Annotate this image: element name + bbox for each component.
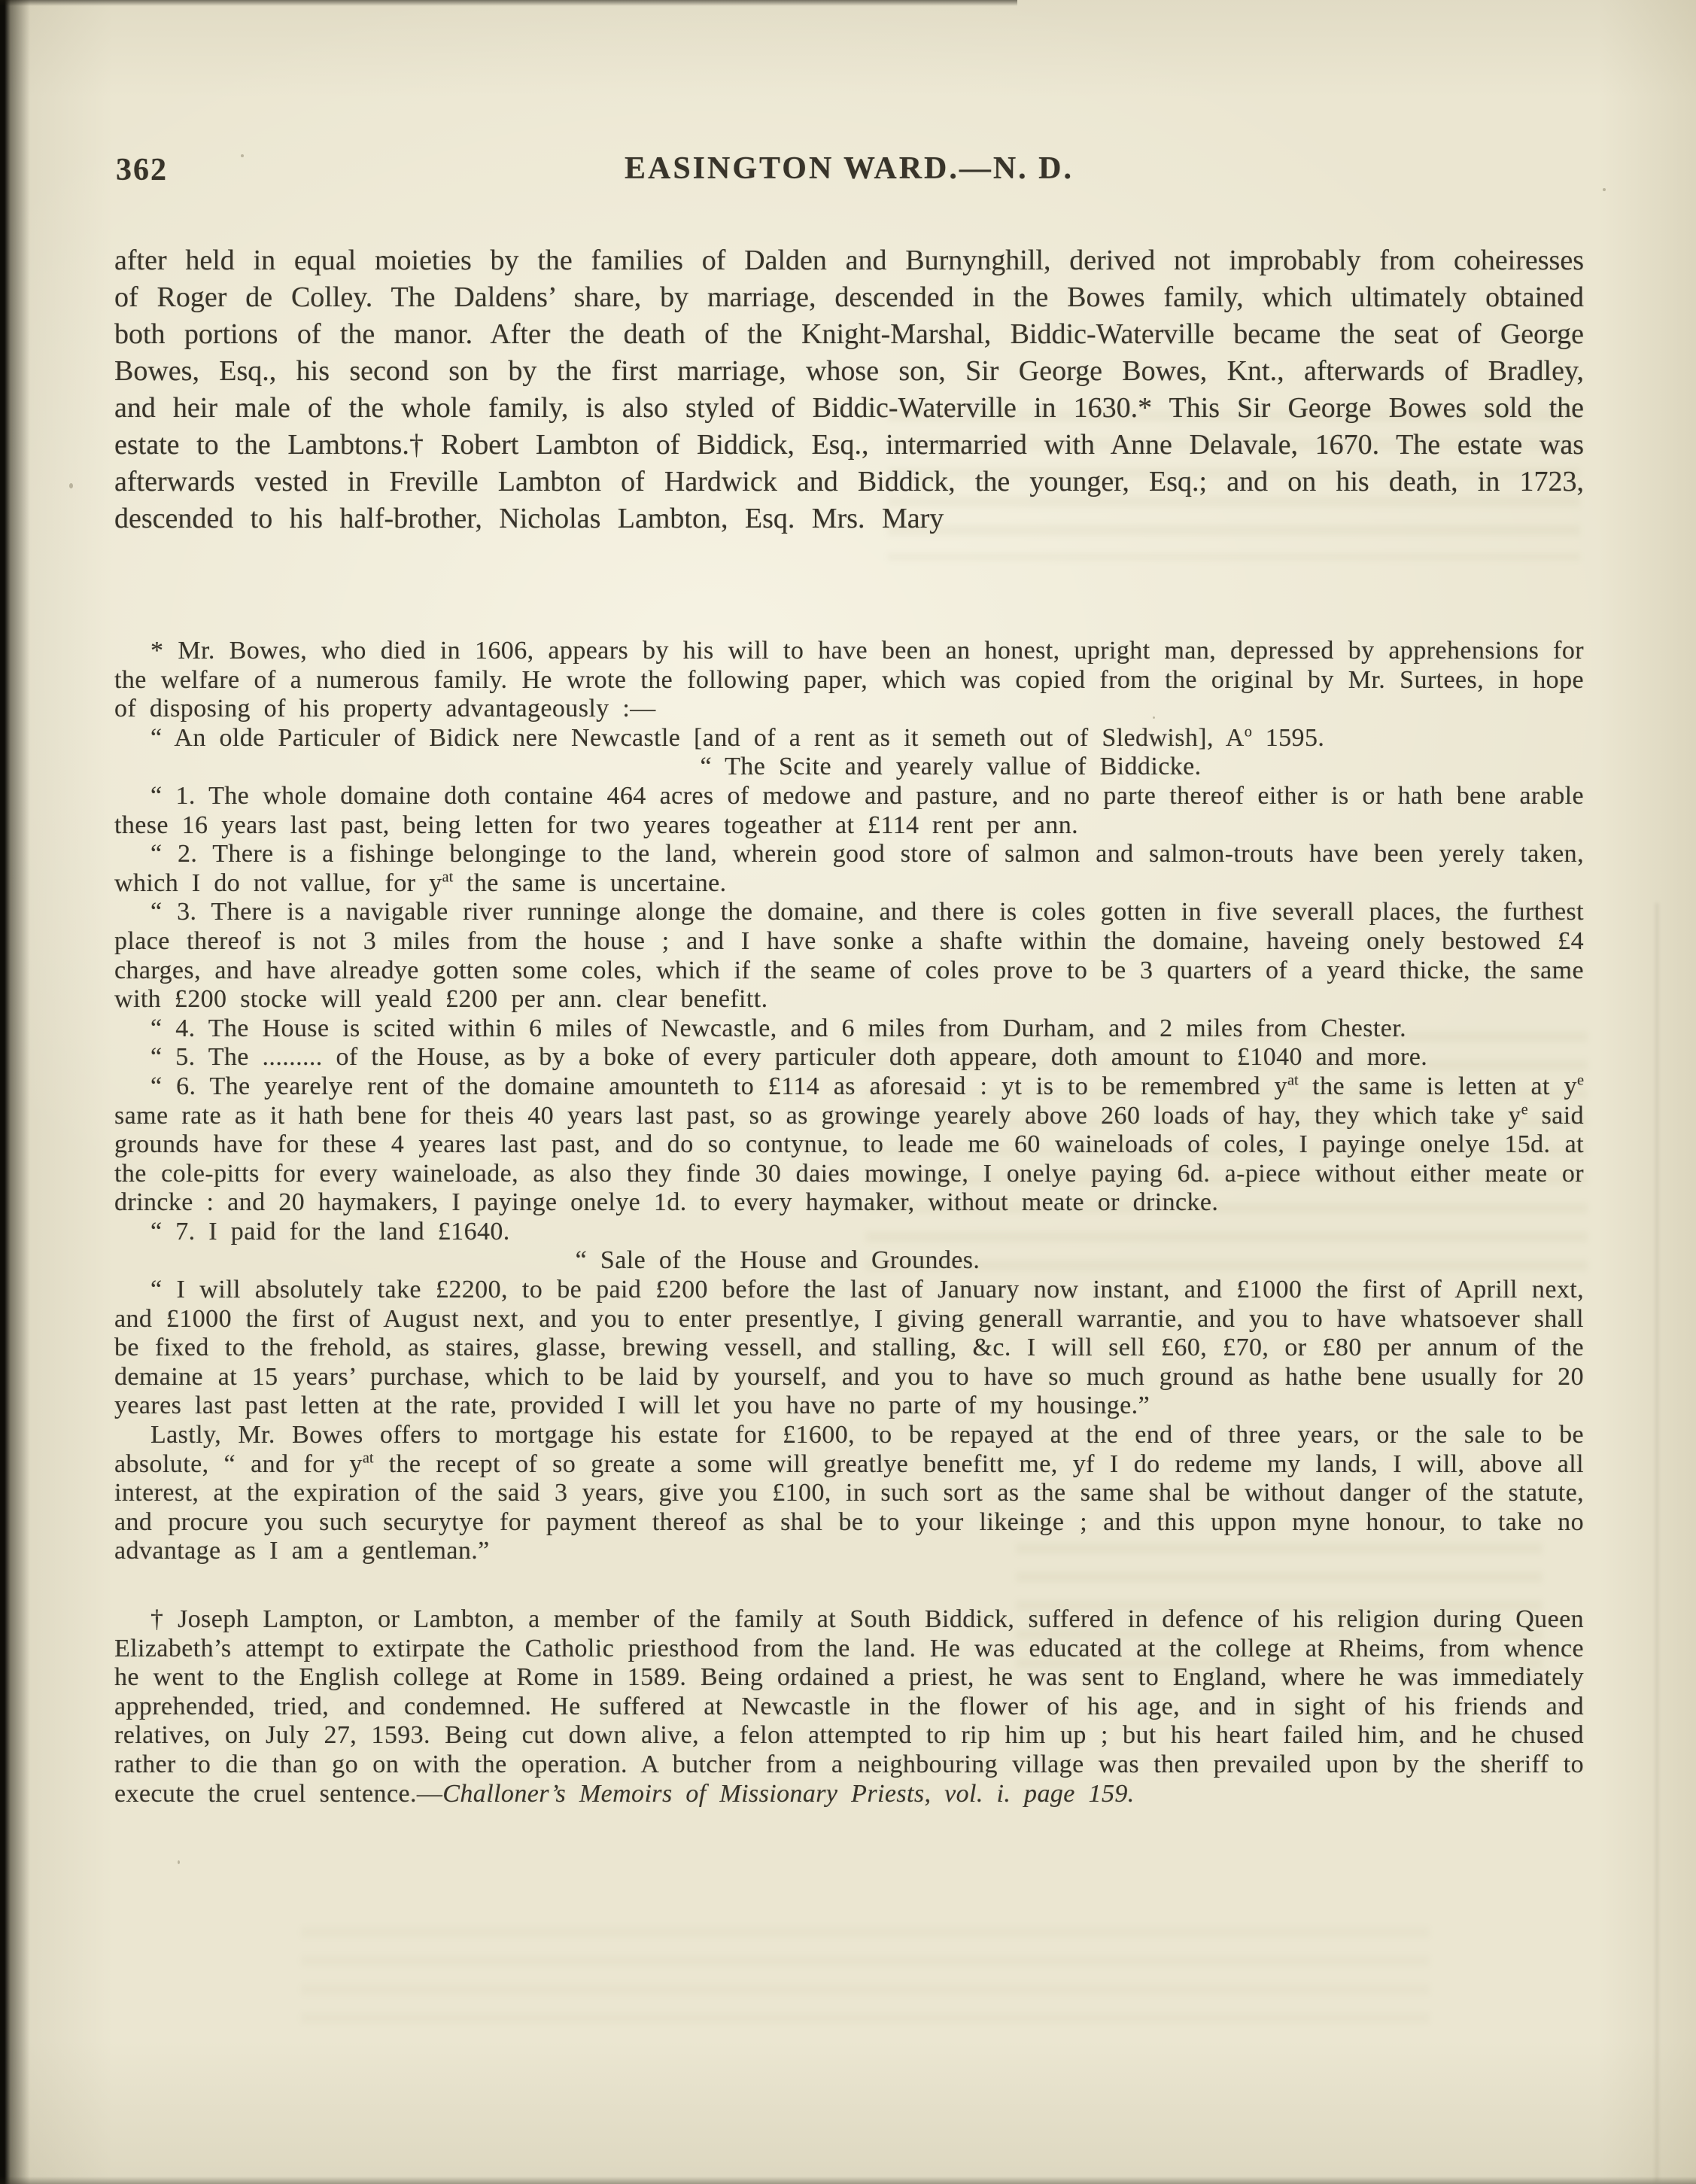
text-run: “ 5. The ......... of the House, as by a…: [150, 1043, 1427, 1071]
text-run: “ 3. There is a navigable river runninge…: [114, 898, 1584, 1013]
footnote-item-1: “ 1. The whole domaine doth containe 464…: [114, 782, 1584, 840]
text-run: the same is uncertaine.: [453, 869, 726, 897]
scanned-book-page: 362 EASINGTON WARD.—N. D. after held in …: [0, 0, 1696, 2184]
text-run: the same is letten at y: [1299, 1072, 1577, 1100]
scite-heading: “ The Scite and yearely vallue of Biddic…: [216, 753, 1685, 782]
sale-heading: “ Sale of the House and Groundes.: [43, 1246, 1512, 1276]
footnotes-section: * Mr. Bowes, who died in 1606, appears b…: [114, 637, 1584, 1808]
paper-speck: [69, 483, 73, 488]
footnote-dagger-paragraph: † Joseph Lampton, or Lambton, a member o…: [114, 1605, 1584, 1808]
page-header-title: EASINGTON WARD.—N. D.: [114, 151, 1584, 187]
paper-crease: [1655, 903, 1658, 2182]
show-through-ghost: [301, 1927, 1430, 2024]
superscript-text: e: [1521, 1101, 1528, 1118]
text-run: “ An olde Particuler of Bidick nere Newc…: [150, 724, 1245, 752]
text-run: † Joseph Lampton, or Lambton, a member o…: [114, 1605, 1584, 1808]
footnote-dagger-section: † Joseph Lampton, or Lambton, a member o…: [114, 1605, 1584, 1808]
text-run: “ 7. I paid for the land £1640.: [150, 1218, 510, 1246]
sale-paragraph: “ I will absolutely take £2200, to be pa…: [114, 1276, 1584, 1421]
lastly-paragraph: Lastly, Mr. Bowes offers to mortgage his…: [114, 1421, 1584, 1566]
footnote-item-7: “ 7. I paid for the land £1640.: [114, 1218, 1584, 1247]
text-run: “ I will absolutely take £2200, to be pa…: [114, 1276, 1584, 1419]
footnote-item-4: “ 4. The House is scited within 6 miles …: [114, 1014, 1584, 1044]
text-run: “ 6. The yearelye rent of the domaine am…: [150, 1072, 1287, 1100]
footnote-item-6: “ 6. The yearelye rent of the domaine am…: [114, 1072, 1584, 1218]
superscript-text: at: [1287, 1072, 1299, 1089]
superscript-text: e: [1577, 1072, 1584, 1089]
text-run: “ Sale of the House and Groundes.: [576, 1246, 980, 1274]
text-run: after held in equal moieties by the fami…: [114, 245, 1584, 534]
running-head: 362 EASINGTON WARD.—N. D.: [114, 151, 1584, 196]
superscript-text: at: [442, 868, 454, 885]
paper-speck: [1603, 188, 1606, 191]
scan-edge-top-shadow: [0, 0, 1017, 6]
footnote-item-3: “ 3. There is a navigable river runninge…: [114, 898, 1584, 1014]
footnote-item-5: “ 5. The ......... of the House, as by a…: [114, 1043, 1584, 1072]
scan-edge-bottom-shadow: [0, 2176, 1696, 2184]
footnote-item-2: “ 2. There is a fishinge belonginge to t…: [114, 840, 1584, 898]
paper-speck: [178, 1860, 180, 1864]
olde-particuler-line: “ An olde Particuler of Bidick nere Newc…: [114, 724, 1584, 753]
text-run: same rate as it hath bene for theis 40 y…: [114, 1102, 1521, 1130]
text-run: “ 1. The whole domaine doth containe 464…: [114, 782, 1584, 839]
text-run: “ The Scite and yearely vallue of Biddic…: [700, 753, 1201, 780]
text-run: “ 4. The House is scited within 6 miles …: [150, 1014, 1406, 1042]
text-run: 1595.: [1252, 724, 1324, 752]
footnote-star-intro: * Mr. Bowes, who died in 1606, appears b…: [114, 637, 1584, 724]
scan-edge-left-shadow: [0, 0, 30, 2184]
superscript-text: o: [1245, 723, 1252, 740]
footnote-star-section: * Mr. Bowes, who died in 1606, appears b…: [114, 637, 1584, 1566]
text-run: Challoner’s Memoirs of Missionary Priest…: [442, 1780, 1134, 1808]
superscript-text: at: [363, 1449, 374, 1466]
text-run: “ 2. There is a fishinge belonginge to t…: [114, 840, 1584, 897]
text-run: * Mr. Bowes, who died in 1606, appears b…: [114, 637, 1584, 722]
main-paragraph: after held in equal moieties by the fami…: [114, 242, 1584, 537]
